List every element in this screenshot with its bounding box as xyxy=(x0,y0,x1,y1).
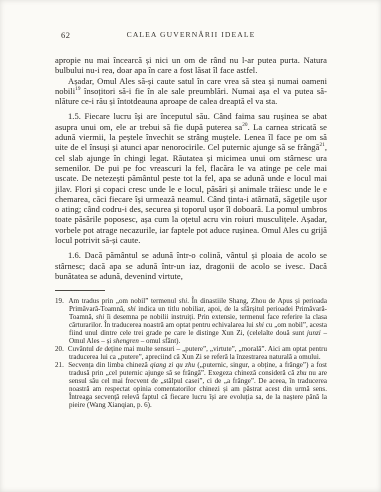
text-run: – omul sfânt). xyxy=(139,337,180,345)
text-run: însoțitori să-i fie în ale sale preumblă… xyxy=(55,86,327,106)
page-header: 62 CALEA GUVERNĂRII IDEALE xyxy=(55,30,327,42)
italic-term: shi xyxy=(127,305,135,313)
book-page: 62 CALEA GUVERNĂRII IDEALE apropie nu ma… xyxy=(0,0,381,492)
text-run: 1.6. Dacă pământul se adună într-o colin… xyxy=(55,250,327,281)
footnote-number: 19. xyxy=(55,297,69,305)
text-run: Secvența din limba chineză xyxy=(68,361,150,369)
footnote: 20. Cuvântul de deține mai multe sensuri… xyxy=(55,345,327,361)
text-run: , cel slab ajunge în chingi legat. Răuta… xyxy=(55,142,327,245)
italic-term: de xyxy=(96,345,103,353)
italic-term: qiang zi qu zhu xyxy=(150,361,195,369)
paragraph: Așadar, Omul Ales să-și caute satul în c… xyxy=(55,76,327,107)
body-text: apropie nu mai încearcă și nici un om de… xyxy=(55,55,327,281)
text-run: Cuvântul xyxy=(68,345,96,353)
footnote-number: 20. xyxy=(55,345,68,353)
paragraph: apropie nu mai încearcă și nici un om de… xyxy=(55,55,327,76)
text-run: deține mai multe sensuri – „putere”, „vi… xyxy=(69,345,327,361)
paragraph: 1.6. Dacă pământul se adună într-o colin… xyxy=(55,250,327,281)
footnote: 21. Secvența din limba chineză qiang zi … xyxy=(55,361,327,409)
footnote-separator xyxy=(55,290,105,291)
text-run: Am tradus prin „om nobil” termenul xyxy=(69,297,179,305)
italic-term: zhu xyxy=(297,369,307,377)
italic-term: junzi xyxy=(307,329,321,337)
italic-term: shi xyxy=(256,321,264,329)
italic-term: shengren xyxy=(113,337,139,345)
italic-term: shi xyxy=(179,297,187,305)
footnote-number: 21. xyxy=(55,361,68,369)
running-title: CALEA GUVERNĂRII IDEALE xyxy=(55,30,327,39)
text-run: apropie nu mai încearcă și nici un om de… xyxy=(55,55,327,75)
page-number: 62 xyxy=(61,30,71,40)
paragraph: 1.5. Fiecare lucru își are începutul său… xyxy=(55,111,327,245)
footnote: 19. Am tradus prin „om nobil” termenul s… xyxy=(55,297,327,345)
footnotes-section: 19. Am tradus prin „om nobil” termenul s… xyxy=(55,297,327,409)
